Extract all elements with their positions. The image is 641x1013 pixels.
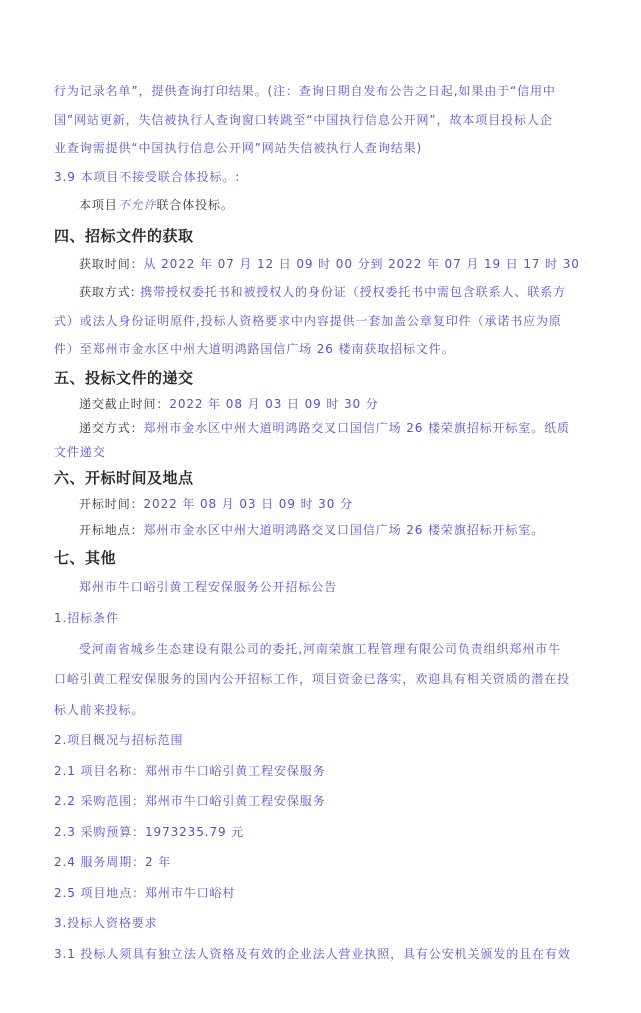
intro-line-2: 国”网站更新，失信被执行人查询窗口转跳至“中国执行信息公开网”，故本项目投标人企: [54, 106, 586, 135]
item-2-title: 2.项目概况与招标范围: [54, 725, 586, 756]
section-4-method-line-1: 获取方式: 携带授权委托书和被授权人的身份证（授权委托书中需包含联系人、联系方: [54, 278, 586, 307]
item-2-5: 2.5 项目地点：郑州市牛口峪村: [54, 878, 586, 909]
section-4-method-line-3: 件）至郑州市金水区中州大道明鸿路国信广场 26 楼南获取招标文件。: [54, 335, 586, 364]
section-4-time: 获取时间：从 2022 年 07 月 12 日 09 时 00 分到 2022 …: [54, 250, 586, 279]
item-3-9-detail-emphasis: 不允许: [118, 198, 157, 212]
intro-paragraph: 行为记录名单”，提供查询打印结果。(注：查询日期自发布公告之日起,如果由于“信用…: [54, 77, 586, 163]
section-7-heading: 七、其他: [54, 544, 586, 572]
section-6-time-value: 2022 年 08 月 03 日 09 时 30 分: [144, 497, 353, 511]
section-5-deadline-label: 递交截止时间：: [79, 397, 169, 411]
section-6-heading: 六、开标时间及地点: [54, 464, 586, 492]
section-6-place: 开标地点：郑州市金水区中州大道明鸿路交叉口国信广场 26 楼荣旗招标开标室。: [54, 516, 586, 545]
section-5-method-line-2: 文件递交: [54, 440, 586, 464]
section-5-method-label: 递交方式：: [79, 421, 144, 435]
section-5-heading: 五、投标文件的递交: [54, 364, 586, 392]
item-3-9-detail-suffix: 联合体投标。: [156, 198, 233, 212]
item-3-title: 3.投标人资格要求: [54, 908, 586, 939]
item-2-2: 2.2 采购范围：郑州市牛口峪引黄工程安保服务: [54, 786, 586, 817]
announcement-title: 郑州市牛口峪引黄工程安保服务公开招标公告: [54, 572, 586, 603]
section-6-time-label: 开标时间：: [79, 497, 144, 511]
item-2-3: 2.3 采购预算：1973235.79 元: [54, 817, 586, 848]
section-4-heading: 四、招标文件的获取: [54, 222, 586, 250]
item-3-9-title: 3.9 本项目不接受联合体投标。:: [54, 163, 586, 192]
intro-line-1: 行为记录名单”，提供查询打印结果。(注：查询日期自发布公告之日起,如果由于“信用…: [54, 77, 586, 106]
section-6-place-label: 开标地点：: [79, 523, 144, 537]
item-2-1: 2.1 项目名称：郑州市牛口峪引黄工程安保服务: [54, 756, 586, 787]
intro-line-3: 业查询需提供“中国执行信息公开网”网站失信被执行人查询结果): [54, 134, 586, 163]
item-3-9-detail-prefix: 本项目: [79, 198, 118, 212]
item-1-line-2: 口峪引黄工程安保服务的国内公开招标工作，项目资金已落实，欢迎具有相关资质的潜在投: [54, 664, 586, 695]
section-4-time-label: 获取时间：: [79, 257, 144, 271]
document-page: 行为记录名单”，提供查询打印结果。(注：查询日期自发布公告之日起,如果由于“信用…: [54, 77, 586, 969]
section-6-time: 开标时间：2022 年 08 月 03 日 09 时 30 分: [54, 492, 586, 516]
section-4-method-label: 获取方式:: [79, 285, 136, 299]
item-1-line-3: 标人前来投标。: [54, 695, 586, 726]
section-4-method-value-1: 携带授权委托书和被授权人的身份证（授权委托书中需包含联系人、联系方: [136, 285, 566, 299]
section-5-method-value-1: 郑州市金水区中州大道明鸿路交叉口国信广场 26 楼荣旗招标开标室。纸质: [144, 421, 570, 435]
item-3-1: 3.1 投标人须具有独立法人资格及有效的企业法人营业执照，具有公安机关颁发的且在…: [54, 939, 586, 970]
section-5-deadline: 递交截止时间：2022 年 08 月 03 日 09 时 30 分: [54, 392, 586, 416]
section-4-method-line-2: 式）或法人身份证明原件,投标人资格要求中内容提供一套加盖公章复印件（承诺书应为原: [54, 307, 586, 336]
section-6-place-value: 郑州市金水区中州大道明鸿路交叉口国信广场 26 楼荣旗招标开标室。: [144, 523, 545, 537]
item-2-4: 2.4 服务周期：2 年: [54, 847, 586, 878]
item-3-9-detail: 本项目不允许联合体投标。: [54, 191, 586, 220]
item-1-line-1: 受河南省城乡生态建设有限公司的委托,河南荣旗工程管理有限公司负责组织郑州市牛: [54, 634, 586, 665]
item-1-title: 1.招标条件: [54, 603, 586, 634]
section-5-deadline-value: 2022 年 08 月 03 日 09 时 30 分: [169, 397, 378, 411]
section-4-time-value: 从 2022 年 07 月 12 日 09 时 00 分到 2022 年 07 …: [144, 257, 586, 271]
section-5-method-line-1: 递交方式：郑州市金水区中州大道明鸿路交叉口国信广场 26 楼荣旗招标开标室。纸质: [54, 416, 586, 440]
